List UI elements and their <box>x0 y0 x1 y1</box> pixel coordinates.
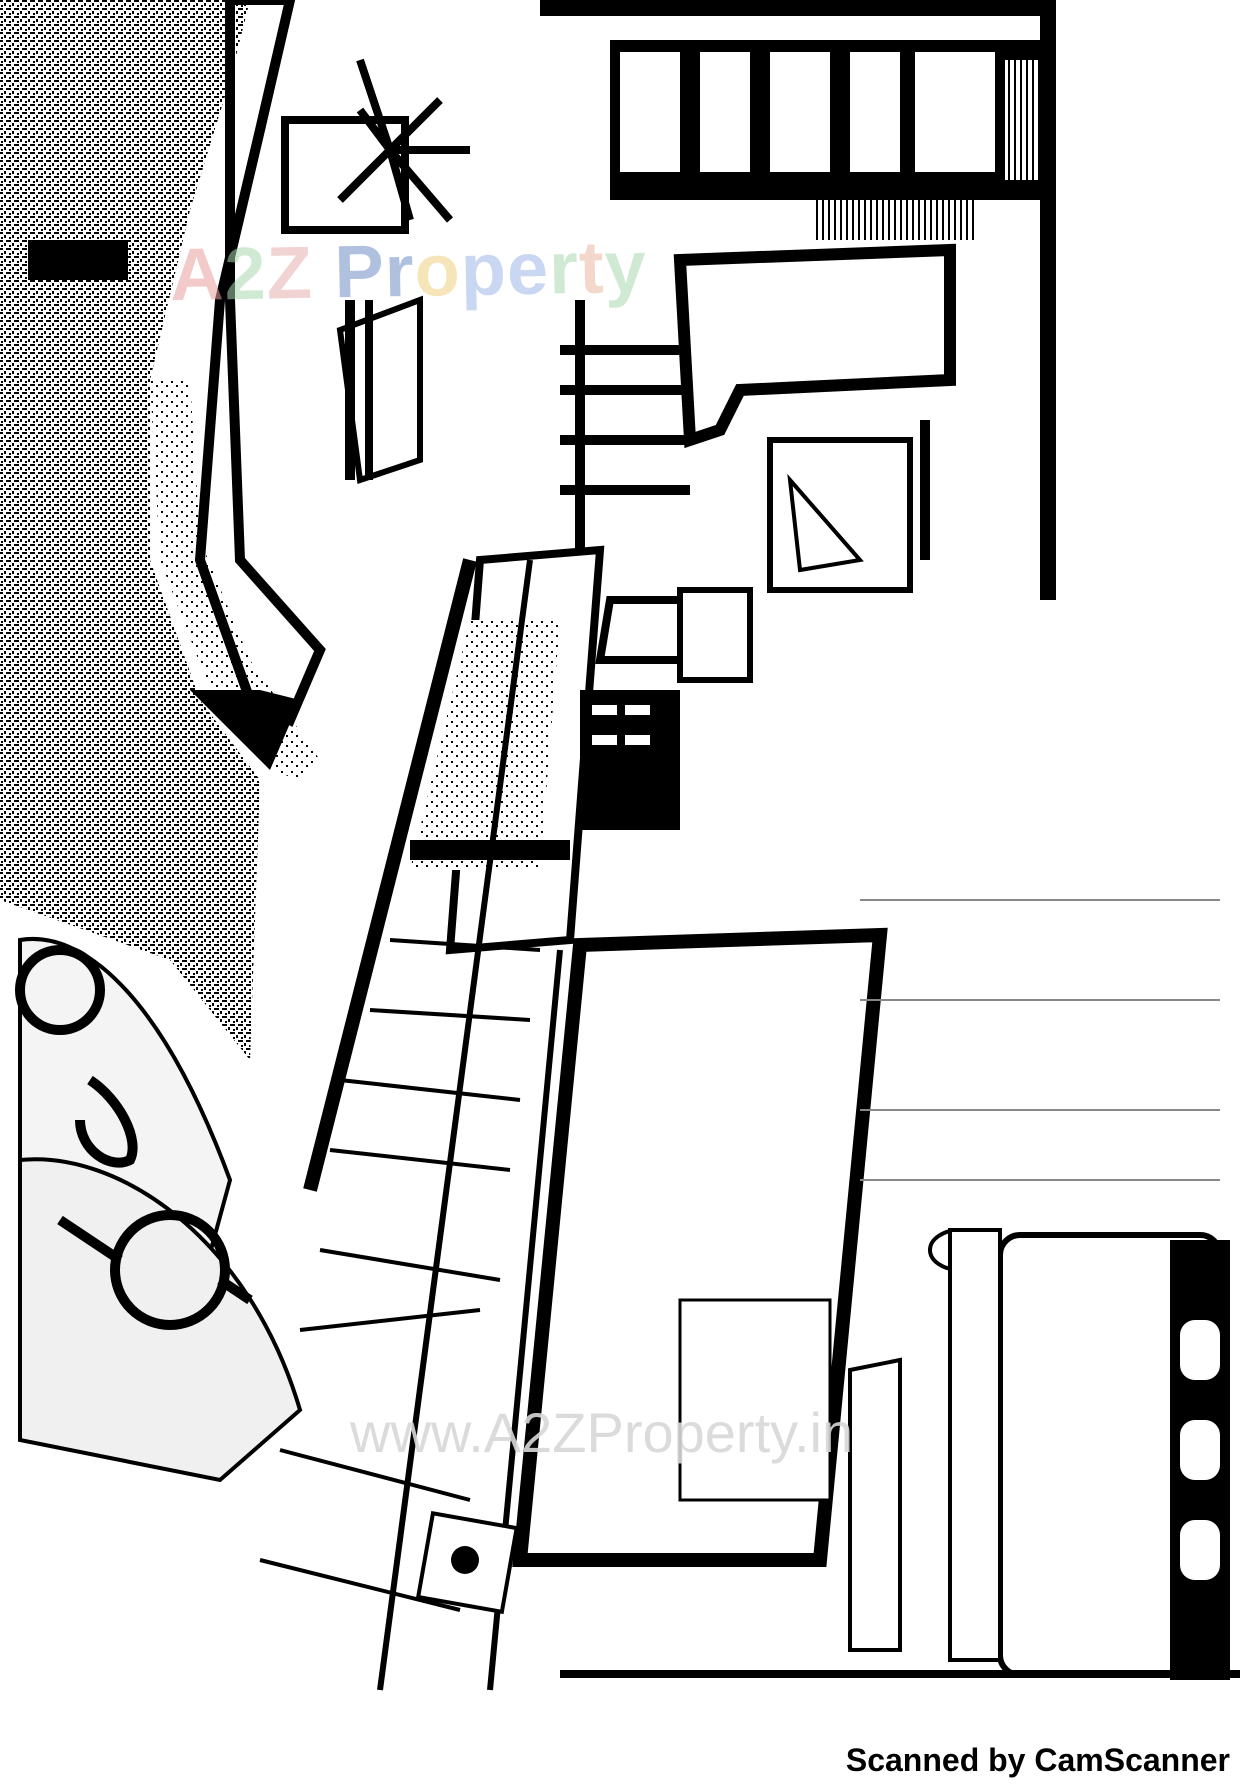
watermark-letter: r <box>548 225 579 311</box>
carpet <box>0 0 260 1060</box>
watermark-letter: e <box>506 226 550 312</box>
watermark-letter: p <box>460 226 508 312</box>
watermark-logo: A2Z Property <box>169 224 647 317</box>
cushions <box>20 939 300 1480</box>
scanner-footer-text: Scanned by CamScanner <box>846 1742 1230 1779</box>
watermark-letter: o <box>414 227 462 313</box>
watermark-letter: A <box>169 231 225 317</box>
watermark-letter <box>312 229 335 314</box>
watermark-url: www.A2ZProperty.in <box>350 1400 853 1465</box>
watermark-letter: y <box>604 224 648 310</box>
watermark-letter: t <box>578 225 605 310</box>
watermark-letter: P <box>334 228 386 314</box>
watermark-letter: r <box>384 228 415 314</box>
watermark-letter: Z <box>266 230 314 316</box>
watermark-letter: 2 <box>224 230 268 316</box>
